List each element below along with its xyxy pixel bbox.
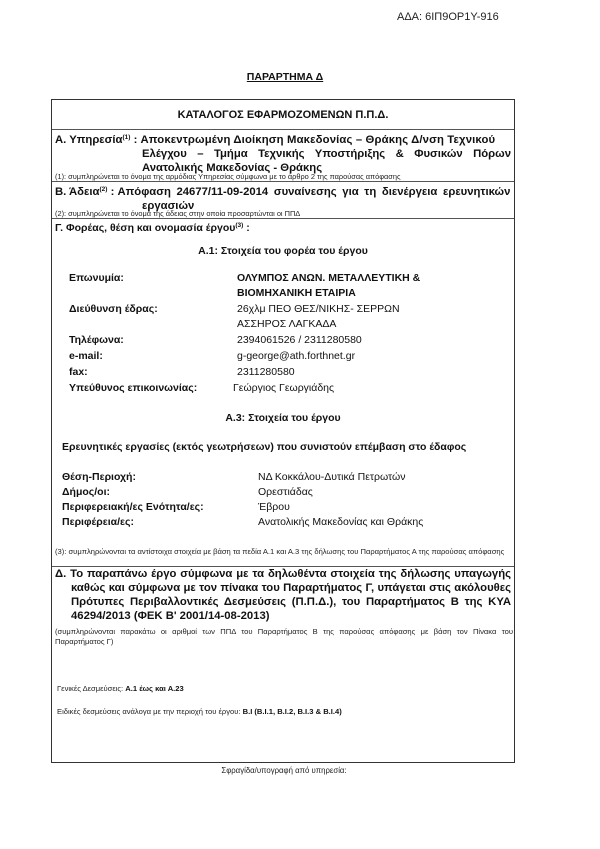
footnote-2: (2): συμπληρώνεται το όνομα της άδειας σ… (55, 209, 511, 218)
a1-heading: Α.1: Στοιχεία του φορέα του έργου (52, 245, 514, 257)
appendix-title: ΠΑΡΑΡΤΗΜΑ Δ (0, 71, 570, 83)
section-d-note: (συμπληρώνονται παρακάτω οι αριθμοί των … (55, 627, 513, 646)
section-b-label: Β. Άδεια (55, 186, 99, 198)
footnote-1: (1): συμπληρώνεται το όνομα της αρμόδιας… (55, 172, 511, 181)
email-link[interactable]: g-george@ath.forthnet.gr (237, 349, 355, 364)
section-d-statement: Δ. Το παραπάνω έργο σύμφωνα με τα δηλωθέ… (55, 567, 511, 623)
divider (52, 181, 514, 182)
a3-fields: Θέση-Περιοχή: ΝΔ Κοκκάλου-Δυτικά Πετρωτώ… (62, 470, 502, 534)
specific-commitments: Ειδικές δεσμεύσεις ανάλογα με την περιοχ… (57, 707, 342, 716)
footnote-3: (3): συμπληρώνονται τα αντίστοιχα στοιχε… (55, 547, 511, 556)
ada-code: ΑΔΑ: 6ΙΠ9ΟΡ1Υ-916 (397, 11, 499, 23)
catalog-title: ΚΑΤΑΛΟΓΟΣ ΕΦΑΡΜΟΖΟΜΕΝΩΝ Π.Π.Δ. (52, 109, 514, 121)
stamp-signature-label: Σφραγίδα/υπογραφή από υπηρεσία: (0, 766, 568, 775)
section-c-heading: Γ. Φορέας, θέση και ονομασία έργου(3) : (55, 219, 511, 235)
general-commitments: Γενικές Δεσμεύσεις: Α.1 έως και Α.23 (57, 684, 184, 693)
catalog-table: ΚΑΤΑΛΟΓΟΣ ΕΦΑΡΜΟΖΟΜΕΝΩΝ Π.Π.Δ. Α. Υπηρεσ… (51, 99, 515, 763)
a1-fields: Επωνυμία: ΟΛΥΜΠΟΣ ΑΝΩΝ. ΜΕΤΑΛΛΕΥΤΙΚΗ & Β… (69, 271, 509, 401)
section-a-value-rest: Ελέγχου – Τμήμα Τεχνικής Υποστήριξης & Φ… (55, 147, 511, 175)
a3-description: Ερευνητικές εργασίες (εκτός γεωτρήσεων) … (62, 440, 502, 454)
section-a-label: Α. Υπηρεσία (55, 134, 122, 146)
divider (52, 129, 514, 130)
section-a-service: Α. Υπηρεσία(1) : Αποκεντρωμένη Διοίκηση … (55, 131, 511, 175)
section-a-value-first: Αποκεντρωμένη Διοίκηση Μακεδονίας – Θράκ… (140, 134, 495, 146)
a3-heading: Α.3: Στοιχεία του έργου (52, 412, 514, 424)
section-b-value-first: Απόφαση 24677/11-09-2014 συναίνεσης για … (117, 186, 510, 198)
